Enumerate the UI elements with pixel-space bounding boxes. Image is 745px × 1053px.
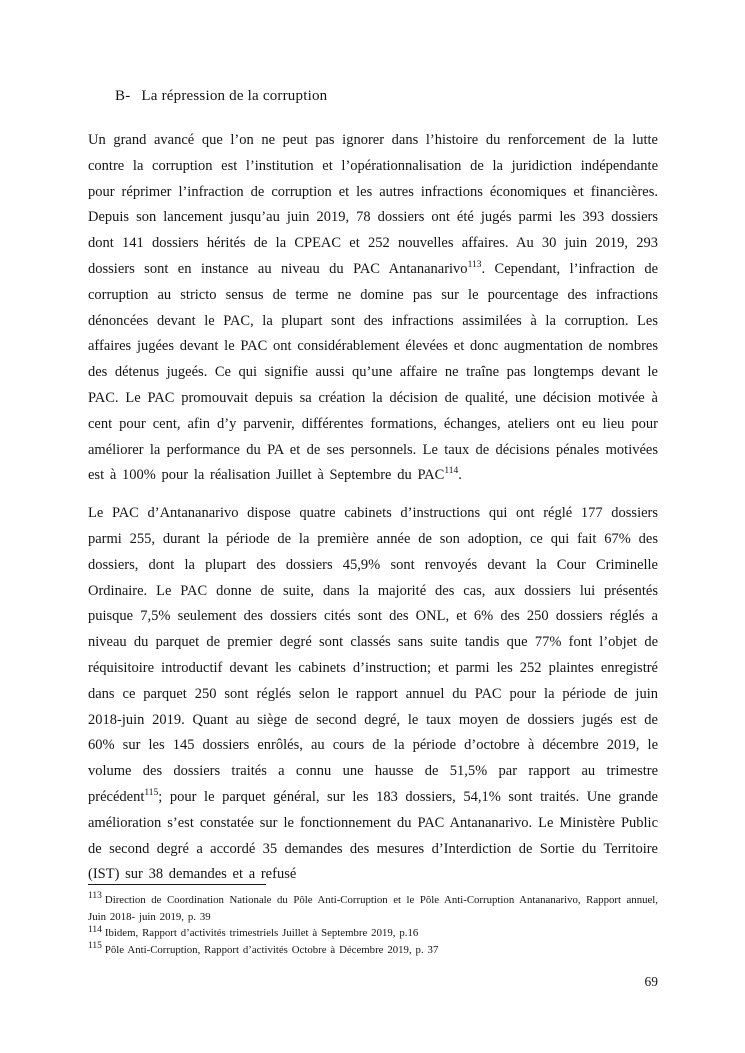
text-run: ; pour le parquet général, sur les 183 d… [88, 789, 658, 882]
footnote-reference: 113 [468, 260, 482, 270]
footnote-text-113: Direction de Coordination Nationale du P… [88, 894, 658, 923]
page-number: 69 [645, 974, 659, 990]
document-page: B-La répression de la corruption Un gran… [0, 0, 745, 1053]
text-run: . [458, 467, 462, 483]
footnote-text-114: Ibidem, Rapport d’activités trimestriels… [105, 927, 418, 939]
section-heading-label: B- [115, 88, 130, 104]
footnote-115: 115Pôle Anti-Corruption, Rapport d’activ… [88, 942, 658, 959]
footnote-ref-113: 113 [88, 891, 102, 901]
footnote-114: 114Ibidem, Rapport d’activités trimestri… [88, 925, 658, 942]
body-paragraph-2: Le PAC d’Antananarivo dispose quatre cab… [88, 501, 658, 888]
page-body: B-La répression de la corruption Un gran… [88, 88, 658, 900]
footnote-ref-114: 114 [88, 925, 102, 935]
footnote-separator-rule [88, 884, 266, 885]
footnote-ref-115: 115 [88, 941, 102, 951]
text-run: Un grand avancé que l’on ne peut pas ign… [88, 132, 658, 277]
footnotes-section: 113Direction de Coordination Nationale d… [88, 884, 658, 958]
section-heading: B-La répression de la corruption [115, 88, 658, 105]
section-heading-title: La répression de la corruption [141, 88, 327, 104]
text-run: Le PAC d’Antananarivo dispose quatre cab… [88, 505, 658, 805]
body-paragraph-1: Un grand avancé que l’on ne peut pas ign… [88, 128, 658, 489]
footnote-text-115: Pôle Anti-Corruption, Rapport d’activité… [105, 944, 438, 956]
footnote-reference: 115 [144, 788, 158, 798]
text-run: . Cependant, l’infraction de corruption … [88, 261, 658, 483]
footnote-reference: 114 [444, 467, 458, 477]
footnote-113: 113Direction de Coordination Nationale d… [88, 892, 658, 925]
